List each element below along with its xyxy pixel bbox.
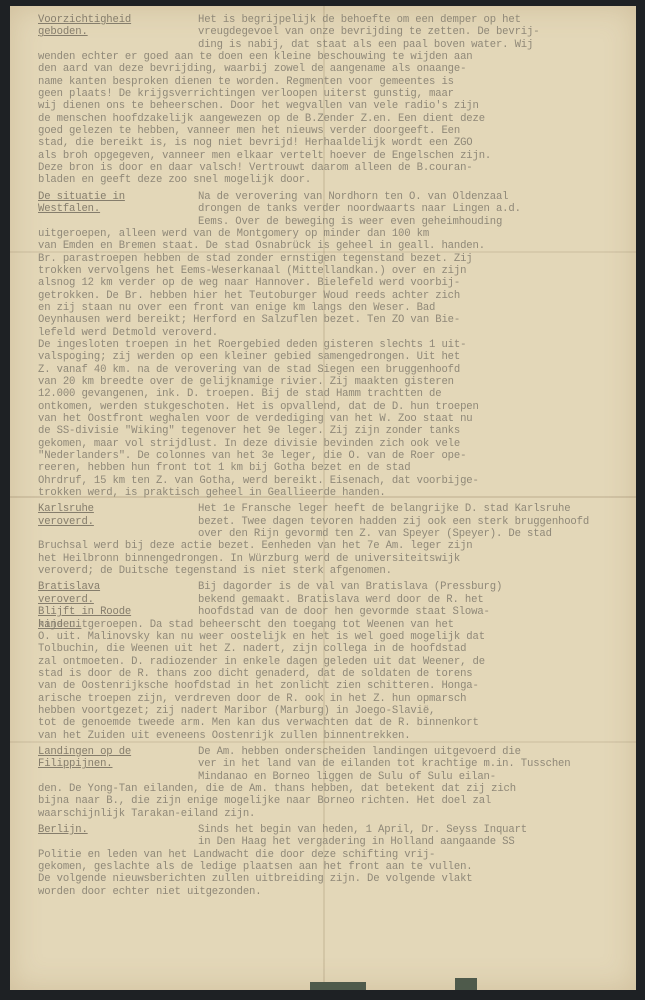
section-heading: Karlsruheveroverd.	[38, 503, 138, 528]
text-line: veroverd; de Duitsche tegenstand is niet…	[38, 565, 628, 577]
text-line: van de Oostenrijksche hoofdstad in het z…	[38, 680, 628, 692]
text-line: O. uit. Malinovsky kan nu weer oostelijk…	[38, 631, 628, 643]
text-line: het Heilbronn binnengedrongen. In Würzbu…	[38, 553, 628, 565]
article-section: Karlsruheveroverd.Het 1e Fransche leger …	[38, 503, 628, 577]
heading-line: Berlijn.	[38, 824, 138, 836]
text-line: van Emden en Bremen staat. De stad Osnab…	[38, 240, 628, 252]
text-line: alsnog 12 km verder op de weg naar Hanno…	[38, 277, 628, 289]
section-heading: Landingen op deFilippijnen.	[38, 746, 138, 771]
text-line: de menschen hoofdzakelijk aangewezen op …	[38, 113, 628, 125]
text-line: gekomen, maar vol strijdlust. In deze di…	[38, 438, 628, 450]
section-heading: De situatie inWestfalen.	[38, 191, 138, 216]
text-line: 12.000 gevangenen, ink. D. troepen. Bij …	[38, 388, 628, 400]
text-line: name kanten besproken dienen te worden. …	[38, 76, 628, 88]
text-line: trokken werd, is praktisch geheel in Gea…	[38, 487, 628, 499]
text-line: stad, die bereikt is, is nog niet bevrij…	[38, 137, 628, 149]
heading-line: De situatie in	[38, 191, 138, 203]
section-heading: Berlijn.	[38, 824, 138, 836]
text-line: lefeld werd Detmold veroverd.	[38, 327, 628, 339]
heading-line: Landingen op de	[38, 746, 138, 758]
text-line: van 20 km breedte over de gelijknamige r…	[38, 376, 628, 388]
text-line: Oeynhausen werd bereikt; Herford en Salz…	[38, 314, 628, 326]
heading-line: Bratislava veroverd.	[38, 581, 138, 606]
document-page: Voorzichtigheidgeboden.Het is begrijpeli…	[10, 6, 636, 990]
article-section: Landingen op deFilippijnen.De Am. hebben…	[38, 746, 628, 820]
heading-line: Karlsruhe	[38, 503, 138, 515]
heading-line: geboden.	[38, 26, 138, 38]
text-line: Politie en leden van het Landwacht die d…	[38, 849, 628, 861]
heading-line: veroverd.	[38, 516, 138, 528]
text-line: getrokken. De Br. hebben hier het Teutob…	[38, 290, 628, 302]
text-line: als broh opgegeven, vanneer men elkaar v…	[38, 150, 628, 162]
heading-line: Voorzichtigheid	[38, 14, 138, 26]
article-section: Berlijn.Sinds het begin van heden, 1 Apr…	[38, 824, 628, 898]
tape-remnant	[455, 978, 477, 990]
text-line: Z. vanaf 40 km. na de verovering van de …	[38, 364, 628, 376]
text-line: goed gelezen te hebben, vanneer men het …	[38, 125, 628, 137]
text-line: den aard van deze bevrijding, waarbij zo…	[38, 63, 628, 75]
text-line: bijna naar B., die zijn enige mogelijke …	[38, 795, 628, 807]
text-line: den. De Yong-Tan eilanden, die de Am. th…	[38, 783, 628, 795]
text-line: De ingesloten troepen in het Roergebied …	[38, 339, 628, 351]
heading-line: Filippijnen.	[38, 758, 138, 770]
text-line: valspoging; zij werden op een kleiner ge…	[38, 351, 628, 363]
text-line: van het Oostfront weghalen voor de verde…	[38, 413, 628, 425]
text-line: gekomen, geslachte als de ledige plaatse…	[38, 861, 628, 873]
text-line: arische troepen zijn, verdreven door de …	[38, 693, 628, 705]
text-line: "Nederlanders". De colonnes van het 3e l…	[38, 450, 628, 462]
text-line: waarschijnlijk Tarakan-eiland zijn.	[38, 808, 628, 820]
text-line: Mindanao en Borneo liggen de Sulu of Sul…	[38, 771, 628, 783]
text-line: De volgende nieuwsberichten zullen uitbr…	[38, 873, 628, 885]
text-line: de SS-divisie "Wiking" tegenover het 9e …	[38, 425, 628, 437]
text-line: over den Rijn gevormd ten Z. van Speyer …	[38, 528, 628, 540]
section-heading: Voorzichtigheidgeboden.	[38, 14, 138, 39]
text-line: van het Zuiden uit eveneens Oostenrijk z…	[38, 730, 628, 742]
text-line: zal ontmoeten. D. radiozender in enkele …	[38, 656, 628, 668]
text-line: trokken vervolgens het Eems-Weserkanaal …	[38, 265, 628, 277]
text-line: ding is nabij, dat staat als een paal bo…	[38, 39, 628, 51]
text-line: uitgeroepen, alleen werd van de Montgome…	[38, 228, 628, 240]
text-line: bladen en geeft deze zoo snel mogelijk d…	[38, 174, 628, 186]
text-line: wenden echter er goed aan te doen een kl…	[38, 51, 628, 63]
text-line: hebben voortgezet; zij nadert Maribor (M…	[38, 705, 628, 717]
document-body: Voorzichtigheidgeboden.Het is begrijpeli…	[38, 14, 628, 902]
text-line: ontkomen, werden stukgeschoten. Het is o…	[38, 401, 628, 413]
text-line: Tolbuchin, die Weenen uit het Z. nadert,…	[38, 643, 628, 655]
tape-remnant	[310, 982, 366, 990]
heading-line: Blijft in Roode handen.	[38, 606, 138, 631]
section-heading: Bratislava veroverd.Blijft in Roode hand…	[38, 581, 138, 630]
text-line: wij dienen ons te beheerschen. Door het …	[38, 100, 628, 112]
text-line: en zij staan nu over een front van enige…	[38, 302, 628, 314]
text-line: Eems. Over de beweging is weer even gehe…	[38, 216, 628, 228]
heading-line: Westfalen.	[38, 203, 138, 215]
text-line: Ohrdruf, 15 km ten Z. van Gotha, werd be…	[38, 475, 628, 487]
text-line: Bruchsal werd bij deze actie bezet. Eenh…	[38, 540, 628, 552]
text-line: worden door echter niet uitgezonden.	[38, 886, 628, 898]
article-section: Bratislava veroverd.Blijft in Roode hand…	[38, 581, 628, 741]
text-line: Deze bron is door en daar valsch! Vertro…	[38, 162, 628, 174]
text-line: in Den Haag het vergadering in Holland a…	[38, 836, 628, 848]
text-line: stad is door de R. thans zoo dicht genad…	[38, 668, 628, 680]
text-line: Br. parastroepen hebben de stad zonder e…	[38, 253, 628, 265]
article-section: De situatie inWestfalen.Na de verovering…	[38, 191, 628, 500]
text-line: geen plaats! De krijgsverrichtingen verl…	[38, 88, 628, 100]
text-line: tot de genoemde tweede arm. Men kan dus …	[38, 717, 628, 729]
article-section: Voorzichtigheidgeboden.Het is begrijpeli…	[38, 14, 628, 187]
text-line: reeren, hebben hun front tot 1 km bij Go…	[38, 462, 628, 474]
